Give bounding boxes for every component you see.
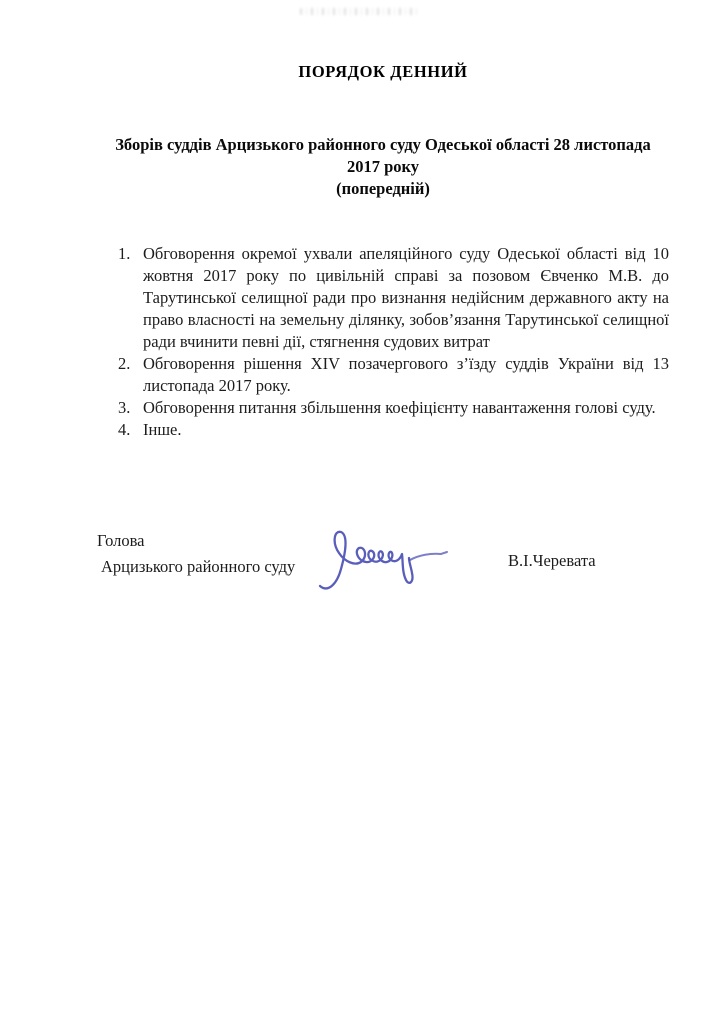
subtitle-line-1: Зборів суддів Арцизького районного суду … — [97, 134, 669, 156]
handwritten-signature — [314, 520, 454, 598]
agenda-item-number: 3. — [97, 397, 143, 419]
agenda-item-text: Інше. — [143, 419, 669, 441]
subtitle-line-2: 2017 року — [97, 156, 669, 178]
agenda-item-1: 1. Обговорення окремої ухвали апеляційно… — [97, 243, 669, 353]
agenda-item-number: 2. — [97, 353, 143, 397]
signature-name: В.І.Черевата — [508, 551, 596, 571]
subtitle-line-3: (попередній) — [97, 178, 669, 200]
agenda-item-number: 4. — [97, 419, 143, 441]
agenda-list: 1. Обговорення окремої ухвали апеляційно… — [97, 243, 669, 441]
scan-artifact — [300, 8, 418, 15]
signature-role: Голова Арцизького районного суду — [97, 528, 295, 580]
agenda-item-text: Обговорення рішення XIV позачергового з’… — [143, 353, 669, 397]
signature-role-court: Арцизького районного суду — [97, 554, 295, 580]
agenda-item-text: Обговорення окремої ухвали апеляційного … — [143, 243, 669, 353]
document-title: ПОРЯДОК ДЕННИЙ — [97, 62, 669, 82]
agenda-item-2: 2. Обговорення рішення XIV позачергового… — [97, 353, 669, 397]
signature-role-title: Голова — [97, 528, 295, 554]
agenda-item-3: 3. Обговорення питання збільшення коефіц… — [97, 397, 669, 419]
agenda-item-text: Обговорення питання збільшення коефіцієн… — [143, 397, 669, 419]
agenda-item-4: 4. Інше. — [97, 419, 669, 441]
scanned-document-page: ПОРЯДОК ДЕННИЙ Зборів суддів Арцизького … — [0, 0, 725, 1024]
document-subtitle: Зборів суддів Арцизького районного суду … — [97, 134, 669, 200]
agenda-item-number: 1. — [97, 243, 143, 353]
signature-ink-icon — [314, 520, 454, 598]
